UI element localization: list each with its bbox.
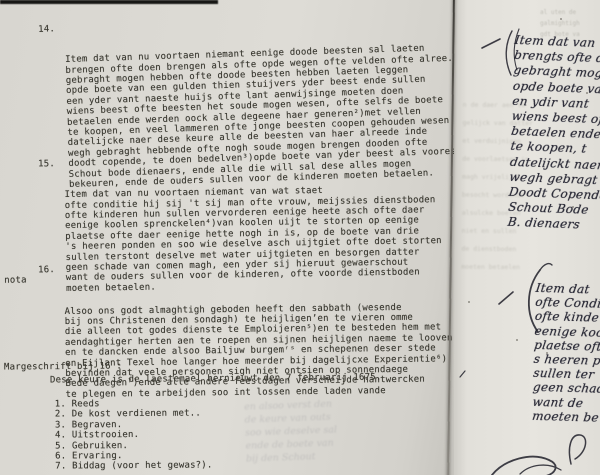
margeschrift-body: Dese keure is de laestemael hernieuwt de… xyxy=(50,372,382,385)
text-line: 7. Biddag (voor het gewas?). xyxy=(55,461,212,473)
photocopy-scan: 14. Item dat van nu voortaen niemant een… xyxy=(0,0,600,475)
text-line: al uten de xyxy=(540,7,580,18)
footnote-list: 1. Reeds2. De kost verdienen met..3. Beg… xyxy=(55,398,213,472)
paper-speck xyxy=(468,301,470,303)
text-line: 2. De kost verdienen met.. xyxy=(55,409,212,421)
paper-speck xyxy=(560,18,562,20)
margin-note-nota: nota xyxy=(4,276,27,287)
paper-speck xyxy=(586,92,588,94)
paper-speck xyxy=(516,339,518,341)
article-16-text: Alsoo ons godt almaghtigh geboden heeft … xyxy=(65,302,454,401)
text-line: moeten be xyxy=(531,409,600,425)
manuscript-page: al uten degalmightighgdt bote va n de da… xyxy=(454,0,600,475)
manuscript-paragraph-1: Item dat vanbrengts ofte doegebraght mog… xyxy=(507,33,600,235)
typed-transcription-page: 14. Item dat van nu voortaen niemant een… xyxy=(0,0,454,475)
scan-edge-artifact xyxy=(0,0,218,4)
article-15-number: 15. xyxy=(38,159,55,170)
text-line: de dienstboden xyxy=(461,240,532,259)
article-16-number: 16. xyxy=(38,265,55,276)
paper-speck xyxy=(572,206,574,208)
margeschrift-heading: Margeschrift bij 16 : xyxy=(4,361,122,372)
show-through-handwriting: en alsoo verst dende keure van outssoo w… xyxy=(244,393,454,465)
manuscript-paragraph-2: Item datofte Conditofte kindeeenige koop… xyxy=(532,281,600,425)
article-14-number: 14. xyxy=(38,24,55,35)
text-line: moeten betaelen xyxy=(461,258,532,277)
paper-speck xyxy=(546,352,548,354)
